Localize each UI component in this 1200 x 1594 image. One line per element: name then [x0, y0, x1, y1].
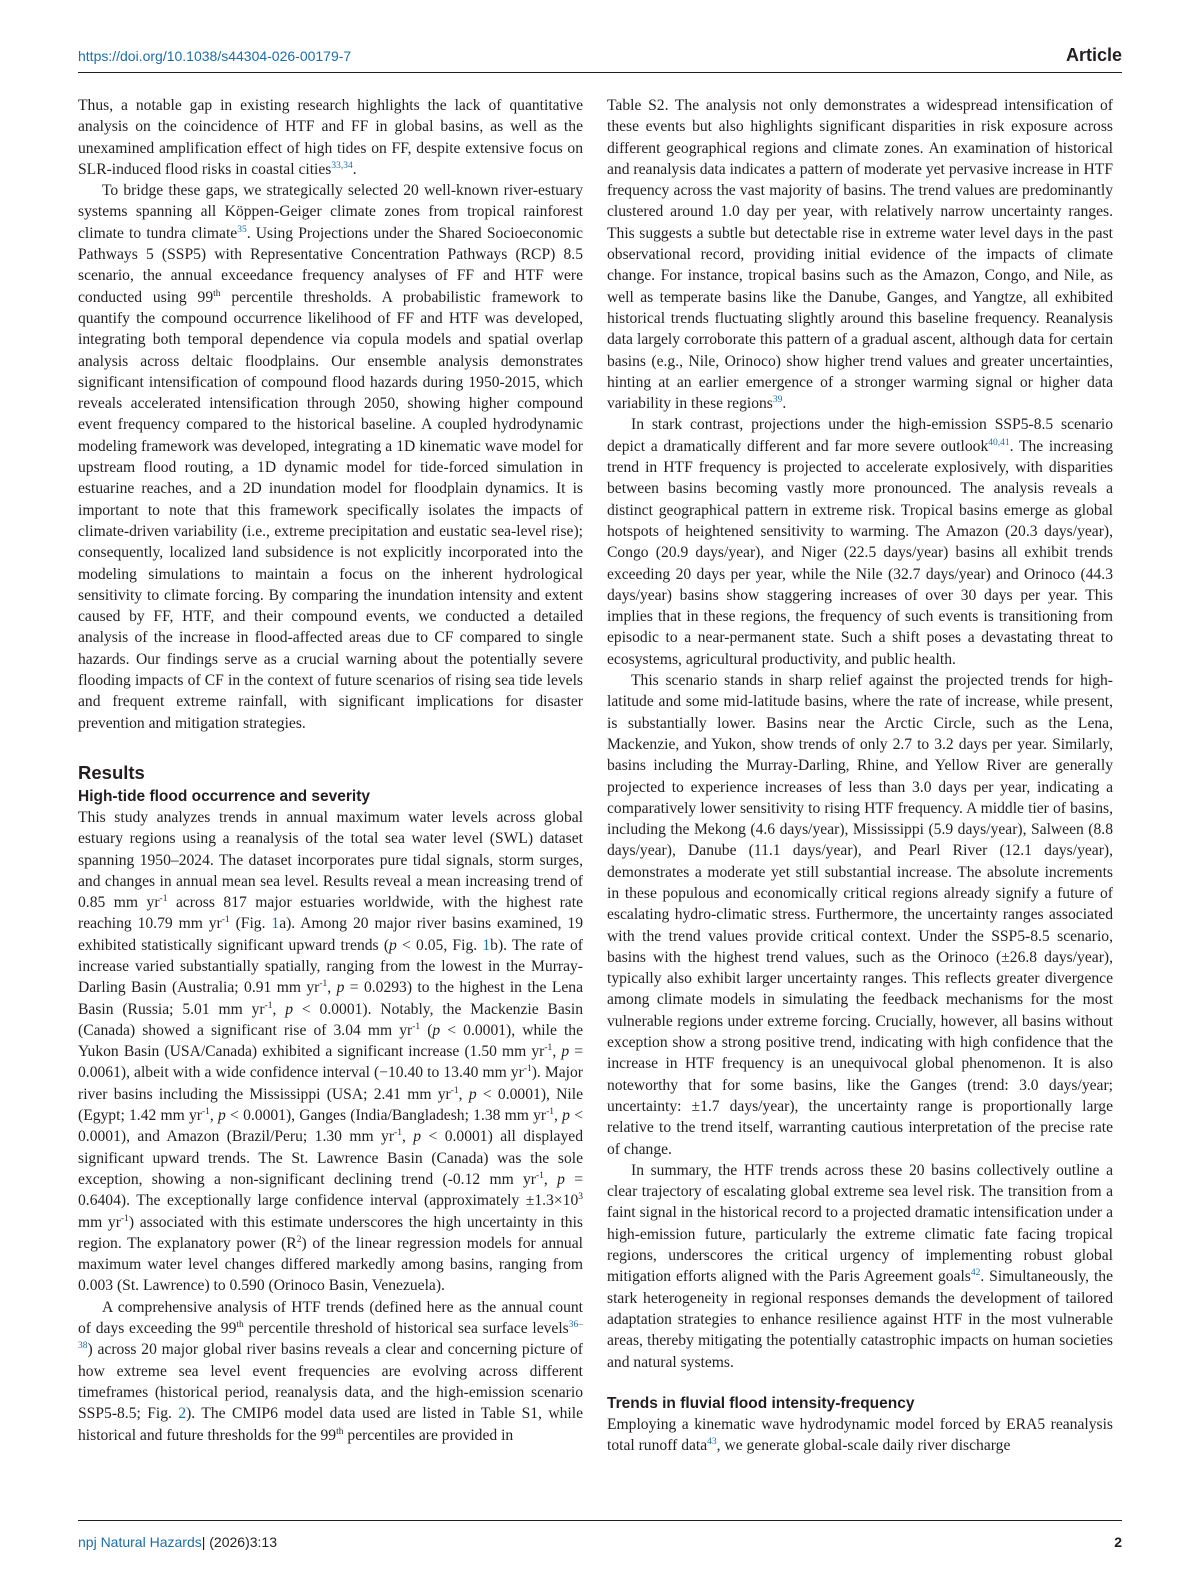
paragraph-approach: To bridge these gaps, we strategically s… [78, 180, 583, 734]
page-footer: npj Natural Hazards| (2026)3:13 2 [78, 1520, 1122, 1551]
figure-link[interactable]: 1 [482, 937, 490, 954]
subsection-heading-htf: High-tide flood occurrence and severity [78, 786, 583, 807]
paragraph-summary: In summary, the HTF trends across these … [607, 1160, 1113, 1373]
citation-link[interactable]: 43 [707, 1437, 717, 1447]
subsection-heading-fluvial: Trends in fluvial flood intensity-freque… [607, 1393, 1113, 1414]
paragraph-research-gap: Thus, a notable gap in existing research… [78, 95, 583, 180]
citation-link[interactable]: 33,34 [331, 161, 352, 171]
left-column: Thus, a notable gap in existing research… [78, 95, 583, 1446]
journal-name: npj Natural Hazards| (2026)3:13 [78, 1534, 277, 1550]
paragraph-swl-trends: This study analyzes trends in annual max… [78, 807, 583, 1297]
paragraph-htf-trends: A comprehensive analysis of HTF trends (… [78, 1297, 583, 1446]
paragraph-fluvial-intro: Employing a kinematic wave hydrodynamic … [607, 1414, 1113, 1457]
figure-link[interactable]: 2 [178, 1405, 186, 1422]
issue-citation: (2026)3:13 [205, 1534, 277, 1550]
section-heading-results: Results [78, 762, 583, 784]
paragraph-historical-htf: Table S2. The analysis not only demonstr… [607, 95, 1113, 414]
page-header: https://doi.org/10.1038/s44304-026-00179… [78, 44, 1122, 73]
paragraph-ssp585-projections: In stark contrast, projections under the… [607, 414, 1113, 670]
citation-link[interactable]: 42 [971, 1268, 981, 1278]
paragraph-regional-contrast: This scenario stands in sharp relief aga… [607, 670, 1113, 1160]
page-number: 2 [1114, 1534, 1122, 1550]
citation-link[interactable]: 40,41 [988, 438, 1009, 448]
article-type-label: Article [1066, 45, 1122, 66]
citation-link[interactable]: 39 [773, 395, 783, 405]
right-column: Table S2. The analysis not only demonstr… [607, 95, 1113, 1456]
citation-link[interactable]: 35 [237, 225, 247, 235]
doi-link[interactable]: https://doi.org/10.1038/s44304-026-00179… [78, 48, 351, 64]
